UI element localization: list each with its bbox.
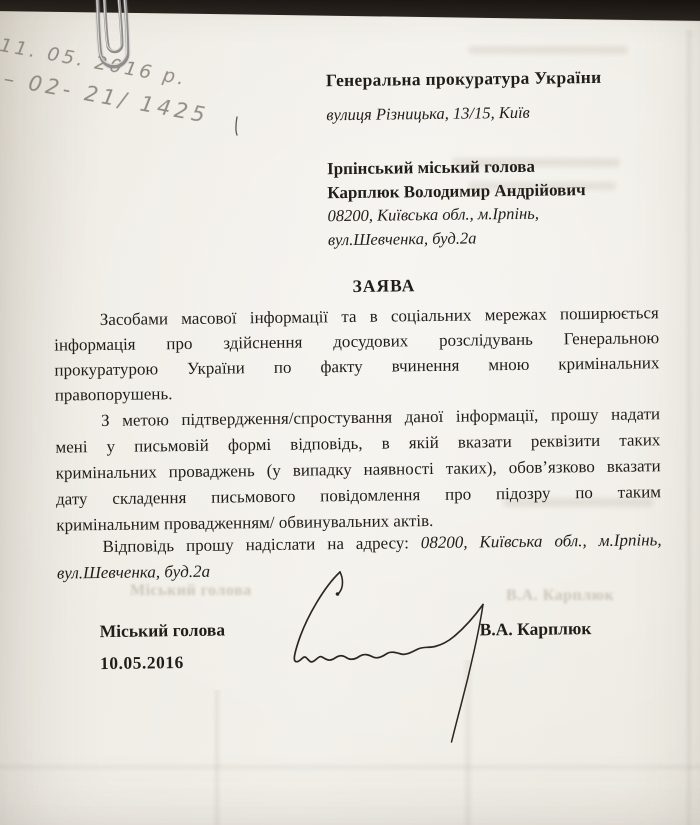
sender-organization: Генеральна прокуратура України <box>326 66 666 91</box>
paperclip-icon <box>82 0 153 101</box>
sender-block: Генеральна прокуратура України вулиця Рі… <box>326 66 667 125</box>
sender-address: вулиця Різницька, 13/15, Київ <box>326 101 666 125</box>
recipient-address-line2: вул.Шевченка, буд.2а <box>328 224 668 252</box>
signer-position: Міський голова <box>100 620 226 643</box>
recipient-block: Ірпінський міський голова Карплюк Володи… <box>327 153 668 251</box>
reply-request-text: Відповідь прошу надіслати на адресу: <box>103 533 421 556</box>
paragraph-1: Засобами масової інформації та в соціаль… <box>54 300 660 407</box>
paragraph-3: Відповідь прошу надіслати на адресу: 082… <box>56 527 662 586</box>
signature-date: 10.05.2016 <box>100 652 184 674</box>
document-photo: { "photo": { "registration_note": { "lin… <box>0 0 700 825</box>
reply-address-italic: 08200, Київська обл., м.Ірпінь, <box>421 530 662 552</box>
letter-content: Генеральна прокуратура України вулиця Рі… <box>0 0 700 825</box>
paragraph-2: З метою підтвердження/спростування даної… <box>55 401 662 538</box>
signer-name: В.А. Карплюк <box>480 618 592 640</box>
document-title: ЗАЯВА <box>53 272 658 300</box>
